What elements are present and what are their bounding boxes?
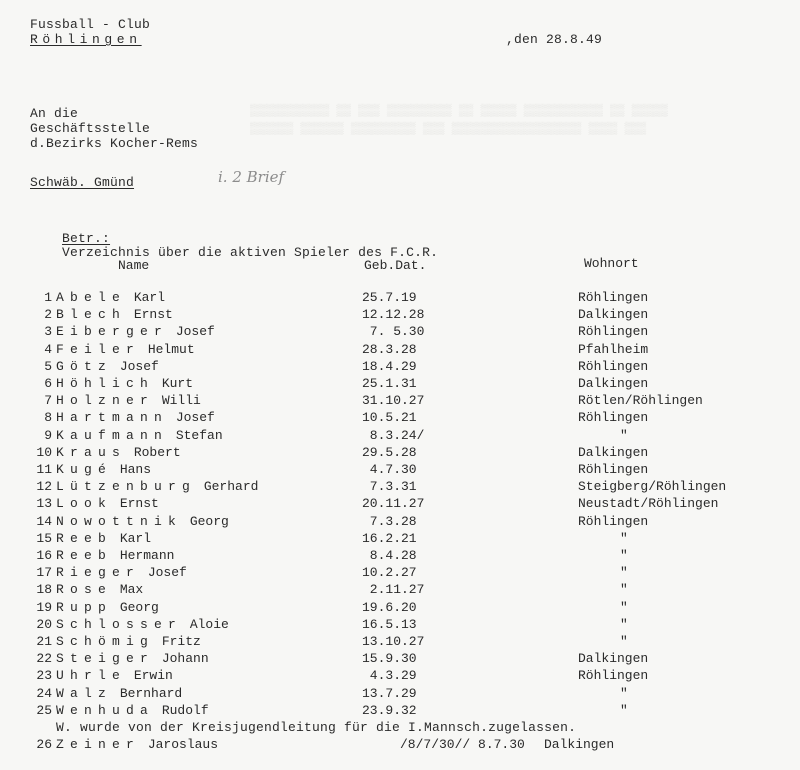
row-number: 25 <box>30 703 52 718</box>
residence: Dalkingen <box>578 307 648 322</box>
residence: Steigberg/Röhlingen <box>578 479 726 494</box>
player-row: 24Walz Bernhard13.7.29" <box>30 686 790 703</box>
ditto-mark: " <box>620 565 628 580</box>
player-name: Kaufmann Stefan <box>56 428 223 443</box>
residence: Dalkingen <box>578 376 648 391</box>
player-row: 21Schömig Fritz13.10.27" <box>30 634 790 651</box>
ditto-mark: " <box>620 703 628 718</box>
player-row: 10Kraus Robert29.5.28Dalkingen <box>30 445 790 462</box>
player-name: Rupp Georg <box>56 600 159 615</box>
player-row: 15Reeb Karl16.2.21" <box>30 531 790 548</box>
residence: Röhlingen <box>578 324 648 339</box>
letterhead-club: Fussball - Club <box>30 18 150 32</box>
birth-date: 29.5.28 <box>362 445 452 460</box>
player-row-last: 26 Zeiner Jaroslaus /8/7/30// 8.7.30 Dal… <box>30 737 790 754</box>
row-number: 12 <box>30 479 52 494</box>
birth-date: 28.3.28 <box>362 342 452 357</box>
bleed-through-text: ▒▒▒▒▒▒▒▒▒▒▒ ▒▒ ▒▒▒ ▒▒▒▒▒▒▒▒▒ ▒▒ ▒▒▒▒▒ ▒▒… <box>250 104 668 118</box>
player-row: 17Rieger Josef10.2.27" <box>30 565 790 582</box>
player-row: 6Höhlich Kurt25.1.31Dalkingen <box>30 376 790 393</box>
ditto-mark: " <box>620 600 628 615</box>
residence: Dalkingen <box>544 737 614 752</box>
residence: Dalkingen <box>578 445 648 460</box>
player-name: Hartmann Josef <box>56 410 215 425</box>
residence: Pfahlheim <box>578 342 648 357</box>
birth-date: 13.10.27 <box>362 634 452 649</box>
player-row: 7Holzner Willi31.10.27Rötlen/Röhlingen <box>30 393 790 410</box>
player-row: 2Blech Ernst12.12.28Dalkingen <box>30 307 790 324</box>
row-number: 24 <box>30 686 52 701</box>
row-number: 15 <box>30 531 52 546</box>
player-row: 14Nowottnik Georg 7.3.28Röhlingen <box>30 514 790 531</box>
row-number: 5 <box>30 359 52 374</box>
player-name: Abele Karl <box>56 290 165 305</box>
birth-date: 25.1.31 <box>362 376 452 391</box>
player-name: Reeb Karl <box>56 531 151 546</box>
player-row: 5Götz Josef18.4.29Röhlingen <box>30 359 790 376</box>
player-row: 9Kaufmann Stefan 8.3.24/" <box>30 428 790 445</box>
birth-date: 7.3.31 <box>362 479 452 494</box>
birth-date: 10.5.21 <box>362 410 452 425</box>
handwritten-note: i. 2 Brief <box>218 168 284 186</box>
player-row: 12Lützenburg Gerhard 7.3.31Steigberg/Röh… <box>30 479 790 496</box>
player-name: Kraus Robert <box>56 445 181 460</box>
row-number: 8 <box>30 410 52 425</box>
residence: Dalkingen <box>578 651 648 666</box>
row-number: 18 <box>30 582 52 597</box>
birth-date: 18.4.29 <box>362 359 452 374</box>
recipient-line-2: Geschäftsstelle <box>30 122 150 136</box>
residence: Röhlingen <box>578 410 648 425</box>
birth-date: 16.2.21 <box>362 531 452 546</box>
birth-date: /8/7/30// 8.7.30 <box>400 737 540 752</box>
subject-label: Betr.: <box>62 231 110 246</box>
ditto-mark: " <box>620 686 628 701</box>
row-number: 11 <box>30 462 52 477</box>
row-number: 26 <box>30 737 52 752</box>
birth-date: 7.3.28 <box>362 514 452 529</box>
footnote: W. wurde von der Kreisjugendleitung für … <box>56 721 576 735</box>
player-name: Rose Max <box>56 582 143 597</box>
player-name: Blech Ernst <box>56 307 173 322</box>
ditto-mark: " <box>620 617 628 632</box>
recipient-line-3: d.Bezirks Kocher-Rems <box>30 137 198 151</box>
row-number: 22 <box>30 651 52 666</box>
row-number: 4 <box>30 342 52 357</box>
player-name: Schömig Fritz <box>56 634 201 649</box>
player-name: Uhrle Erwin <box>56 668 173 683</box>
player-row: 4Feiler Helmut28.3.28Pfahlheim <box>30 342 790 359</box>
player-row: 25Wenhuda Rudolf23.9.32" <box>30 703 790 720</box>
birth-date: 7. 5.30 <box>362 324 452 339</box>
birth-date: 8.3.24/ <box>362 428 452 443</box>
row-number: 23 <box>30 668 52 683</box>
row-number: 1 <box>30 290 52 305</box>
row-number: 3 <box>30 324 52 339</box>
birth-date: 25.7.19 <box>362 290 452 305</box>
player-row: 16Reeb Hermann 8.4.28" <box>30 548 790 565</box>
birth-date: 16.5.13 <box>362 617 452 632</box>
recipient-line-1: An die <box>30 107 78 121</box>
residence: Röhlingen <box>578 668 648 683</box>
bleed-through-text: ▒▒▒▒▒▒ ▒▒▒▒▒▒ ▒▒▒▒▒▒▒▒▒ ▒▒▒ ▒▒▒▒▒▒▒▒▒▒▒▒… <box>250 122 646 136</box>
letterhead-town: Röhlingen <box>30 33 142 47</box>
birth-date: 15.9.30 <box>362 651 452 666</box>
row-number: 2 <box>30 307 52 322</box>
birth-date: 19.6.20 <box>362 600 452 615</box>
birth-date: 13.7.29 <box>362 686 452 701</box>
row-number: 21 <box>30 634 52 649</box>
row-number: 14 <box>30 514 52 529</box>
player-name: Schlosser Aloie <box>56 617 229 632</box>
player-name: Walz Bernhard <box>56 686 182 701</box>
birth-date: 8.4.28 <box>362 548 452 563</box>
row-number: 6 <box>30 376 52 391</box>
ditto-mark: " <box>620 634 628 649</box>
player-row: 22Steiger Johann15.9.30Dalkingen <box>30 651 790 668</box>
player-name: Lützenburg Gerhard <box>56 479 258 494</box>
row-number: 13 <box>30 496 52 511</box>
row-number: 19 <box>30 600 52 615</box>
player-name: Nowottnik Georg <box>56 514 229 529</box>
player-name: Rieger Josef <box>56 565 187 580</box>
letter-date: ,den 28.8.49 <box>506 33 602 47</box>
birth-date: 2.11.27 <box>362 582 452 597</box>
row-number: 17 <box>30 565 52 580</box>
player-row: 1Abele Karl25.7.19Röhlingen <box>30 290 790 307</box>
residence: Neustadt/Röhlingen <box>578 496 718 511</box>
player-row: 23Uhrle Erwin 4.3.29Röhlingen <box>30 668 790 685</box>
player-row: 20Schlosser Aloie16.5.13" <box>30 617 790 634</box>
player-row: 8Hartmann Josef10.5.21Röhlingen <box>30 410 790 427</box>
column-header-dob: Geb.Dat. <box>364 258 426 273</box>
birth-date: 12.12.28 <box>362 307 452 322</box>
player-name: Steiger Johann <box>56 651 209 666</box>
ditto-mark: " <box>620 428 628 443</box>
player-name: Höhlich Kurt <box>56 376 193 391</box>
player-name: Reeb Hermann <box>56 548 174 563</box>
player-name: Kugé Hans <box>56 462 151 477</box>
row-number: 10 <box>30 445 52 460</box>
player-name: Götz Josef <box>56 359 159 374</box>
birth-date: 4.7.30 <box>362 462 452 477</box>
player-name: Zeiner Jaroslaus <box>56 737 218 752</box>
residence: Röhlingen <box>578 514 648 529</box>
player-row: 11Kugé Hans 4.7.30Röhlingen <box>30 462 790 479</box>
player-name: Eiberger Josef <box>56 324 215 339</box>
scanned-letter: ▒▒▒▒▒▒▒▒▒▒▒ ▒▒ ▒▒▒ ▒▒▒▒▒▒▒▒▒ ▒▒ ▒▒▒▒▒ ▒▒… <box>0 0 800 770</box>
player-name: Wenhuda Rudolf <box>56 703 209 718</box>
column-header-residence: Wohnort <box>584 256 639 271</box>
row-number: 20 <box>30 617 52 632</box>
row-number: 16 <box>30 548 52 563</box>
player-row: 19Rupp Georg19.6.20" <box>30 600 790 617</box>
row-number: 9 <box>30 428 52 443</box>
ditto-mark: " <box>620 548 628 563</box>
player-name: Feiler Helmut <box>56 342 195 357</box>
player-name: Holzner Willi <box>56 393 201 408</box>
ditto-mark: " <box>620 531 628 546</box>
row-number: 7 <box>30 393 52 408</box>
ditto-mark: " <box>620 582 628 597</box>
player-row: 18Rose Max 2.11.27" <box>30 582 790 599</box>
recipient-city: Schwäb. Gmünd <box>30 176 134 190</box>
birth-date: 20.11.27 <box>362 496 452 511</box>
residence: Röhlingen <box>578 462 648 477</box>
birth-date: 31.10.27 <box>362 393 452 408</box>
birth-date: 10.2.27 <box>362 565 452 580</box>
residence: Röhlingen <box>578 359 648 374</box>
column-header-name: Name <box>118 258 149 273</box>
residence: Rötlen/Röhlingen <box>578 393 703 408</box>
residence: Röhlingen <box>578 290 648 305</box>
birth-date: 4.3.29 <box>362 668 452 683</box>
player-row: 13Look Ernst20.11.27Neustadt/Röhlingen <box>30 496 790 513</box>
birth-date: 23.9.32 <box>362 703 452 718</box>
player-row: 3Eiberger Josef 7. 5.30Röhlingen <box>30 324 790 341</box>
player-name: Look Ernst <box>56 496 159 511</box>
